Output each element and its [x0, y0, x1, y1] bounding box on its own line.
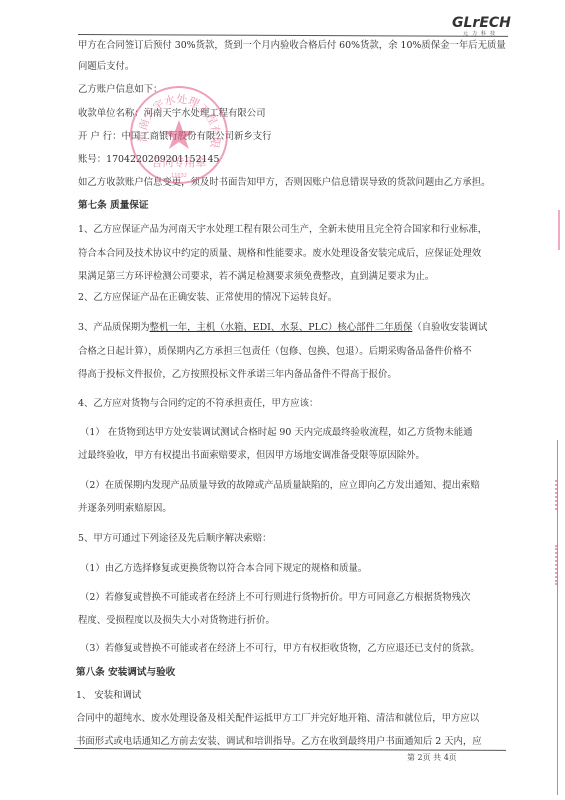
contract-page: GLrECH 元力科技 甲方在合同签订后预付 30%货款，货到一个月内验收合格后…	[0, 0, 565, 800]
s7-item1-line3: 果满足第三方环评检测公司要求，若不满足检测要求须免费整改，直到满足要求为止。	[78, 271, 434, 282]
company-logo: GLrECH 元力科技	[452, 17, 510, 37]
cross-page-seal-fragment	[555, 545, 561, 585]
account-change-notice: 如乙方收款账户信息变更，须及时书面告知甲方，否则因账户信息错误导致的货款问题由乙…	[78, 177, 491, 188]
warranty-period-underlined: 整机一年，主机（水箱、EDI、水泵、PLC）核心部件二年质保	[150, 322, 413, 333]
s7-item4-2-line2: 并逐条列明索赔原因。	[78, 503, 172, 514]
s7-item3-suffix: （自验收安装调试	[412, 322, 487, 333]
s7-item2: 2、乙方应保证产品在正确安装、正常使用的情况下运转良好。	[78, 292, 337, 303]
cross-page-seal-fragment	[555, 480, 561, 510]
s7-item3-prefix: 3、产品质保期为	[78, 322, 150, 333]
s7-item4-2-line1: （2）在质保期内发现产品质量导致的故障或产品质量缺陷的，应立即向乙方发出通知、提…	[80, 480, 480, 491]
cross-page-seal-fragment	[558, 210, 563, 250]
s7-item4-1-line1: （1） 在货物到达甲方处安装调试测试合格时起 90 天内完成最终验收流程，如乙方…	[80, 427, 472, 438]
logo-wordmark: GLrECH	[452, 17, 510, 30]
s7-item1-line1: 1、乙方应保证产品为河南天宇水处理工程有限公司生产，全新未使用且完全符合国家和行…	[78, 224, 487, 235]
s8-p1-line1: 合同中的超纯水、废水处理设备及相关配件运抵甲方工厂并完好地开箱、清洁和就位后，甲…	[76, 713, 479, 724]
s7-item5-2-line2: 程度、受损程度以及损失大小对货物进行折价。	[78, 615, 275, 626]
account-number: 账号：1704220209201152145	[78, 154, 219, 165]
section-8-heading: 第八条 安装调试与验收	[76, 667, 175, 678]
header-divider	[78, 34, 508, 37]
s7-item5: 5、甲方可通过下列途径及先后顺序解决索赔：	[78, 533, 271, 544]
payee-name: 收款单位名称：河南天宇水处理工程有限公司	[78, 108, 266, 119]
s7-item3-line3: 得高于投标文件报价，乙方按照投标文件承诺三年内备品备件不得高于报价。	[78, 369, 397, 380]
s7-item5-3: （3）若修复或替换不可能或者在经济上不可行，甲方有权拒收货物，乙方应退还已支付的…	[80, 643, 480, 654]
s8-p1-line2: 书面形式或电话通知乙方前去安装、调试和培训指导。乙方在收到最终用户书面通知后 2…	[76, 736, 482, 747]
section-7-heading: 第七条 质量保证	[78, 200, 149, 211]
account-info-label: 乙方账户信息如下：	[78, 84, 162, 95]
s7-item4: 4、乙方应对货物与合同约定的不符承担责任，甲方应该：	[78, 398, 318, 409]
s7-item5-2-line1: （2）若修复或替换不可能或者在经济上不可行则进行货物折价。甲方可同意乙方根据货物…	[80, 592, 470, 603]
payment-terms-line-2: 问题后支付。	[78, 61, 134, 72]
page-number: 第 2页 共 4页	[407, 752, 457, 763]
s8-sub1: 1、 安装和调试	[76, 690, 141, 701]
bank-name: 开 户 行：中国工商银行股份有限公司新乡支行	[78, 131, 271, 142]
s7-item3-line2: 合格之日起计算），质保期内乙方承担三包责任（包修、包换、包退）。后期采购备品备件…	[78, 346, 472, 357]
s7-item1-line2: 符合本合同及技术协议中约定的质量、规格和性能要求。废水处理设备安装完成后，应保证…	[78, 248, 481, 259]
payment-terms-line-1: 甲方在合同签订后预付 30%货款，货到一个月内验收合格后付 60%货款，余 10…	[78, 40, 506, 51]
s7-item3-line1: 3、产品质保期为整机一年，主机（水箱、EDI、水泵、PLC）核心部件二年质保（自…	[78, 322, 487, 333]
s7-item5-1: （1）由乙方选择修复或更换货物以符合本合同下规定的规格和质量。	[80, 563, 367, 574]
footer-divider	[74, 748, 506, 751]
s7-item4-1-line2: 过最终验收，甲方有权提出书面索赔要求，但因甲方场地安调准备受限等原因除外。	[78, 450, 425, 461]
